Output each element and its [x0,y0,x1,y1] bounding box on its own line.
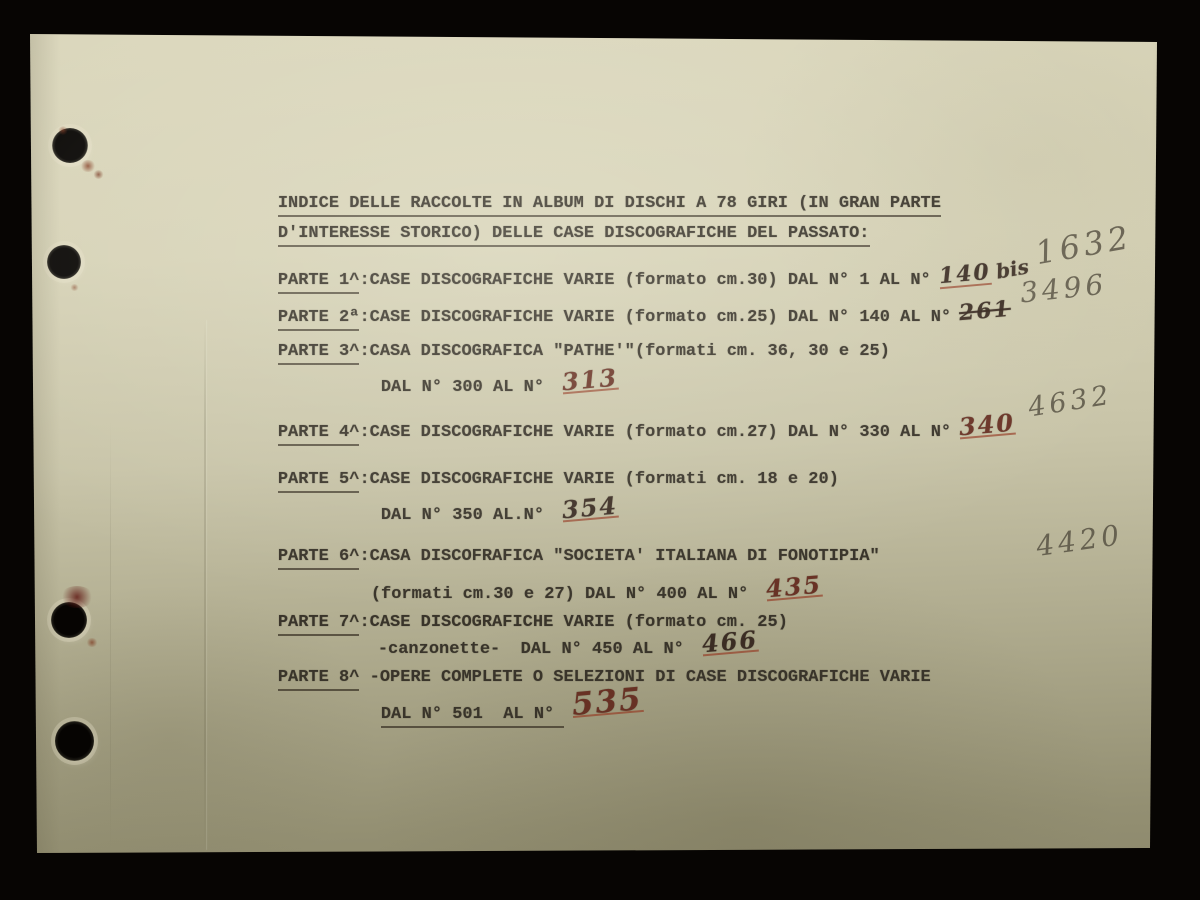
margin-pencil-note: 3496 [1019,268,1109,310]
handwritten-number: 354 [561,495,619,523]
entry-text: DAL N° 300 AL N° [381,378,554,397]
entry-text: DAL N° 501 AL N° [381,705,565,728]
index-entry-8-continued: DAL N° 501 AL N° 535 [340,677,643,746]
entry-text: :CASE DISCOGRAFICHE VARIE (formato cm.27… [359,423,951,442]
margin-pencil-note: 4420 [1034,518,1125,563]
handwritten-number: 313 [561,367,619,395]
punch-hole [47,245,81,279]
title-text: D'INTERESSE STORICO) DELLE CASE DISCOGRA… [278,224,870,247]
paper-crease [110,420,111,850]
punch-hole [51,602,87,638]
handwritten-number: 535 [572,689,644,718]
handwritten-number: 261 [958,299,1012,324]
rust-stain [80,160,96,172]
rust-stain [70,284,79,291]
entry-text: DAL N° 350 AL.N° [381,506,554,525]
entry-label: PARTE 4^ [278,423,360,446]
document-page: INDICE DELLE RACCOLTE IN ALBUM DI DISCHI… [0,0,1200,900]
margin-pencil-note: 4632 [1026,380,1115,424]
handwritten-number: 340 [958,412,1016,440]
margin-pencil-note: 1632 [1032,218,1135,272]
paper-crease [204,320,206,850]
punch-hole [55,721,94,761]
rust-stain [93,170,104,179]
punch-hole [52,128,88,163]
rust-stain [86,638,98,647]
